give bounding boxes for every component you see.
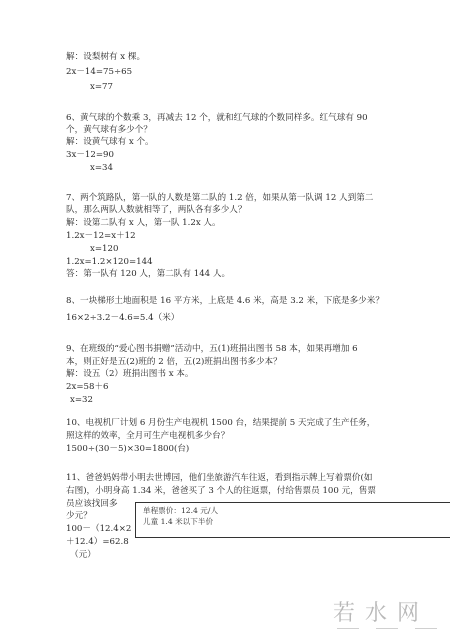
text-line: 解：设第二队有 x 人，第一队 1.2x 人。 <box>66 218 221 229</box>
text-line: （元） <box>70 550 96 561</box>
price-sign-line-2: 儿童 1.4 米以下半价 <box>143 517 213 527</box>
text-line: 10、电视机厂计划 6 月份生产电视机 1500 台，结果提前 5 天完成了生产… <box>66 418 375 429</box>
text-line: 16×2÷3.2－4.6=5.4（米） <box>66 313 179 324</box>
text-line: 2x－14=75÷65 <box>66 67 132 78</box>
text-line: 1.2x－12=x＋12 <box>66 231 136 242</box>
text-line: 2x=58＋6 <box>66 382 109 393</box>
text-line: 个，黄气球有多少个？ <box>66 125 152 136</box>
text-line: 员应该找回多 <box>66 499 118 510</box>
text-line: 1.2x=1.2×120=144 <box>66 257 153 268</box>
price-sign-line-1: 单程票价：12.4 元/人 <box>143 506 218 516</box>
text-line: x=120 <box>90 244 118 255</box>
text-line: 本，则正好是五(2)班的 2 倍，五(2)班捐出图书多少本？ <box>66 357 282 368</box>
watermark-underline <box>337 628 437 631</box>
text-line: 7、两个筑路队，第一队的人数是第二队的 1.2 倍，如果从第一队调 12 人到第… <box>66 193 373 204</box>
text-line: 1500÷(30－5)×30=1800(台) <box>66 444 189 455</box>
text-line: 少元？ <box>66 511 92 522</box>
text-line: 100－（12.4×2 <box>66 524 131 535</box>
text-line: x=34 <box>90 163 113 174</box>
text-line: 解：设梨树有 x 棵。 <box>66 52 145 63</box>
watermark-logo: 若水网 <box>333 596 429 627</box>
text-line: 右图)，小明身高 1.34 米，爸爸买了 3 个人的往返票，付给售票员 100 … <box>66 486 376 497</box>
price-sign-box: 单程票价：12.4 元/人 儿童 1.4 米以下半价 <box>135 502 450 538</box>
text-line: 队，那么两队人数就相等了，两队各有多少人？ <box>66 205 246 216</box>
text-line: 照这样的效率，全月可生产电视机多少台？ <box>66 431 229 442</box>
text-line: 6、黄气球的个数乘 3，再减去 12 个，就和红气球的个数同样多。红气球有 90 <box>66 113 368 124</box>
text-line: 11、爸爸妈妈带小明去世博园，他们坐旅游汽车往返，看到指示牌上写着票价(如 <box>66 473 372 484</box>
text-line: 答：第一队有 120 人，第二队有 144 人。 <box>66 269 230 280</box>
text-line: 8、一块梯形土地面积是 16 平方米，上底是 4.6 米，高是 3.2 米，下底… <box>66 296 384 307</box>
text-line: 解：设五（2）班捐出图书 x 本。 <box>66 369 194 380</box>
text-line: 解：设黄气球有 x 个。 <box>66 137 154 148</box>
text-line: 3x－12=90 <box>66 150 114 161</box>
text-line: x=77 <box>90 82 113 93</box>
text-line: x=32 <box>70 395 93 406</box>
text-line: ＋12.4）=62.8 <box>66 537 129 548</box>
text-line: 9、在班级的“爱心图书捐赠”活动中，五(1)班捐出图书 58 本，如果再增加 6 <box>66 344 358 355</box>
